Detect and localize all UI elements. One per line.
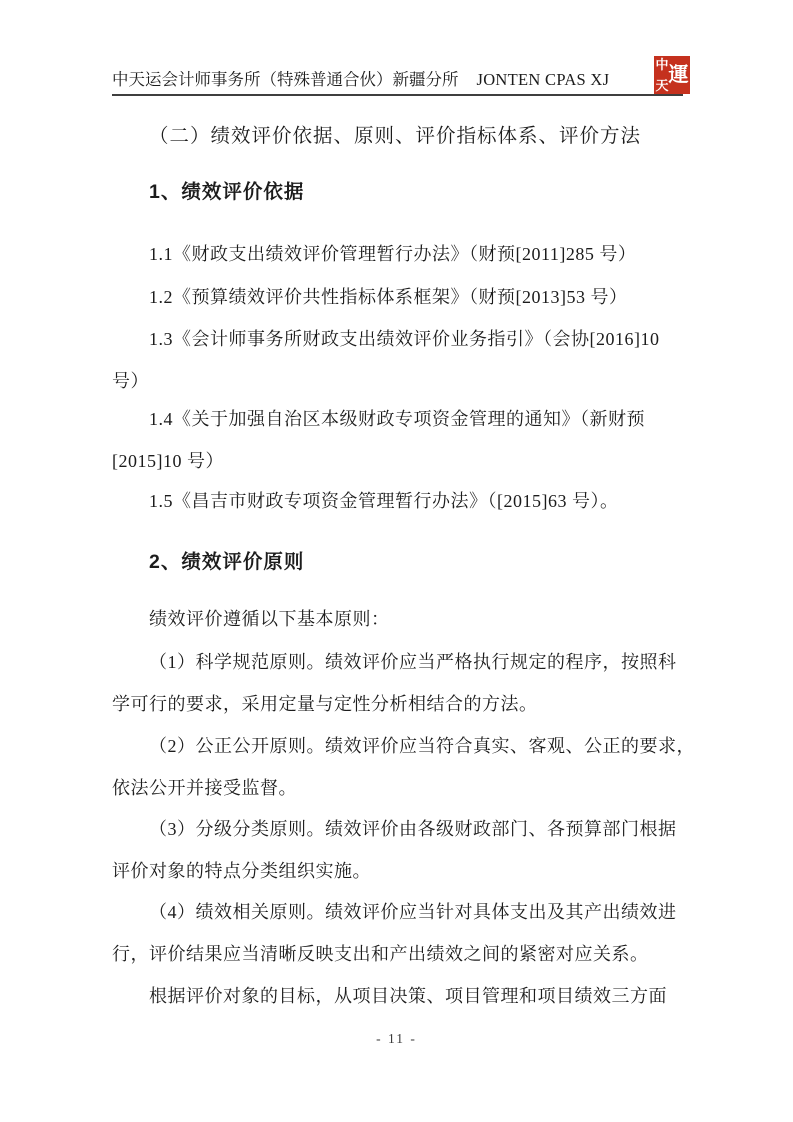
firm-name-cn: 中天运会计师事务所（特殊普通合伙）新疆分所 [112,70,459,89]
paragraph-line: 1.3《会计师事务所财政支出绩效评价业务指引》（会协[2016]10 [112,318,684,360]
closing-paragraph: 根据评价对象的目标，从项目决策、项目管理和项目绩效三方面 [112,975,684,1017]
reference-item-1-1: 1.1《财政支出绩效评价管理暂行办法》（财预[2011]285 号） [112,233,684,275]
paragraph-line: （1）科学规范原则。绩效评价应当严格执行规定的程序，按照科 [112,641,684,683]
paragraph-line: 号） [112,360,684,402]
principles-intro: 绩效评价遵循以下基本原则： [112,598,684,640]
firm-name-en: JONTEN CPAS XJ [477,70,610,89]
paragraph-line: 依法公开并接受监督。 [112,767,684,809]
principle-paragraph-2: （2）公正公开原则。绩效评价应当符合真实、客观、公正的要求， 依法公开并接受监督… [112,725,684,809]
paragraph-line: 1.2《预算绩效评价共性指标体系框架》（财预[2013]53 号） [112,276,684,318]
principle-paragraph-4: （4）绩效相关原则。绩效评价应当针对具体支出及其产出绩效进 行，评价结果应当清晰… [112,891,684,975]
paragraph-line: 1.4《关于加强自治区本级财政专项资金管理的通知》（新财预 [112,398,684,440]
paragraph-line: （4）绩效相关原则。绩效评价应当针对具体支出及其产出绩效进 [112,891,684,933]
paragraph-line: 学可行的要求，采用定量与定性分析相结合的方法。 [112,683,684,725]
paragraph-line: 绩效评价遵循以下基本原则： [112,598,684,640]
paragraph-line: 根据评价对象的目标，从项目决策、项目管理和项目绩效三方面 [112,975,684,1017]
sub-heading-1: 1、绩效评价依据 [112,177,721,207]
paragraph-line: 1.1《财政支出绩效评价管理暂行办法》（财预[2011]285 号） [112,233,684,275]
page-header: 中天运会计师事务所（特殊普通合伙）新疆分所JONTEN CPAS XJ [112,70,683,96]
principle-paragraph-3: （3）分级分类原则。绩效评价由各级财政部门、各预算部门根据 评价对象的特点分类组… [112,808,684,892]
reference-item-1-3: 1.3《会计师事务所财政支出绩效评价业务指引》（会协[2016]10 号） [112,318,684,402]
principle-paragraph-1: （1）科学规范原则。绩效评价应当严格执行规定的程序，按照科 学可行的要求，采用定… [112,641,684,725]
reference-item-1-2: 1.2《预算绩效评价共性指标体系框架》（财预[2013]53 号） [112,276,684,318]
paragraph-line: （3）分级分类原则。绩效评价由各级财政部门、各预算部门根据 [112,808,684,850]
page-number: - 11 - [0,1031,793,1047]
reference-item-1-5: 1.5《昌吉市财政专项资金管理暂行办法》（[2015]63 号）。 [112,480,684,522]
document-page: 中天运会计师事务所（特殊普通合伙）新疆分所JONTEN CPAS XJ 中 天 … [0,0,793,1122]
paragraph-line: 评价对象的特点分类组织实施。 [112,850,684,892]
seal-char-tian: 天 [655,78,668,93]
paragraph-line: 1.5《昌吉市财政专项资金管理暂行办法》（[2015]63 号）。 [112,480,684,522]
seal-char-yun: 運 [669,57,689,93]
company-seal-logo: 中 天 運 [654,56,690,94]
paragraph-line: [2015]10 号） [112,440,684,482]
sub-heading-2: 2、绩效评价原则 [112,547,721,577]
reference-item-1-4: 1.4《关于加强自治区本级财政专项资金管理的通知》（新财预 [2015]10 号… [112,398,684,482]
paragraph-line: 行，评价结果应当清晰反映支出和产出绩效之间的紧密对应关系。 [112,933,684,975]
paragraph-line: （2）公正公开原则。绩效评价应当符合真实、客观、公正的要求， [112,725,684,767]
seal-char-zhong: 中 [655,57,668,72]
seal-left-column: 中 天 [655,57,668,93]
section-heading: （二）绩效评价依据、原则、评价指标体系、评价方法 [112,122,721,152]
